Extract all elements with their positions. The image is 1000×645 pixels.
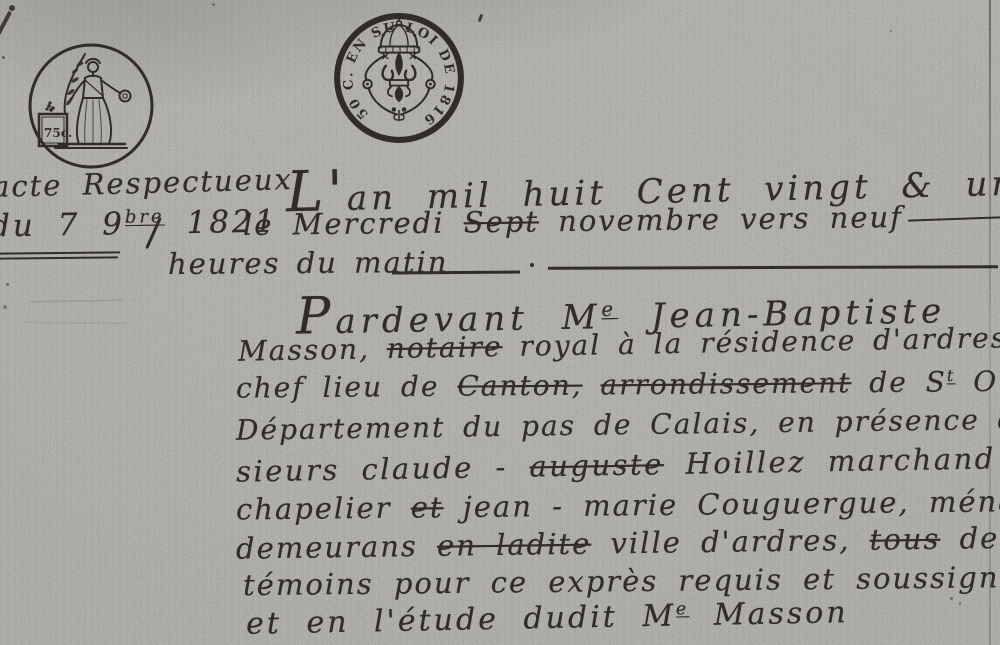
text-segment: demeurans — [236, 529, 437, 566]
text-segment — [582, 368, 600, 401]
pen-stroke-mark — [0, 11, 12, 37]
text-segment: e — [601, 298, 618, 321]
manuscript-line: sieurs claude - auguste Hoillez marchand — [236, 441, 996, 488]
text-segment: e — [676, 599, 690, 619]
text-segment: en ladite — [437, 527, 592, 563]
text-segment: Canton, — [457, 369, 582, 403]
text-segment: deux — [940, 520, 1000, 555]
text-segment: et en l'étude dudit M — [246, 599, 677, 642]
text-segment: de S — [851, 365, 947, 399]
text-segment: chef lieu de — [236, 370, 458, 405]
ink-speck — [3, 305, 7, 309]
text-segment: heures du matin — [168, 245, 449, 281]
filler-rule-long — [548, 265, 998, 269]
text-segment: novembre vers neuf — [539, 200, 903, 238]
document-page: 75c. — [0, 0, 1000, 645]
ink-speck — [950, 597, 953, 600]
faint-margin-line — [24, 322, 128, 325]
line-end-rule — [908, 216, 1000, 221]
royal-crown-stamp-icon: 50 C. EN SUS LOI DE 1816. — [330, 9, 468, 147]
stamp-denomination-label: 75c. — [44, 126, 72, 140]
manuscript-line: Département du pas de Calais, en présenc… — [236, 402, 1000, 446]
ink-speck — [9, 5, 15, 11]
faint-margin-line — [30, 299, 122, 303]
text-segment: acte Respectueux — [0, 162, 293, 204]
stamp-allegorical-figure — [70, 59, 131, 144]
text-segment: auguste — [529, 447, 664, 483]
text-segment: du 7 9 — [0, 206, 125, 244]
text-segment: et — [411, 490, 444, 524]
text-segment: Sept — [464, 204, 540, 239]
text-segment: arrondissement — [600, 366, 851, 401]
text-segment: Omer — [955, 364, 1000, 398]
text-segment: Masson, — [238, 332, 387, 368]
text-segment: notaire — [387, 330, 503, 365]
text-segment: le Mercredi — [243, 205, 464, 242]
manuscript-line: et en l'étude dudit Me Masson — [246, 595, 849, 642]
ink-speck — [2, 56, 5, 59]
text-segment: Masson — [689, 595, 849, 633]
ink-speck — [212, 3, 215, 6]
text-segment: tous — [869, 522, 940, 557]
manuscript-line: demeurans en ladite ville d'ardres, tous… — [236, 520, 1000, 565]
manuscript-line: témoins pour ce exprès requis et soussig… — [243, 560, 1000, 602]
margin-note-line: acte Respectueux — [0, 162, 293, 204]
ink-speck — [890, 30, 892, 32]
text-segment: Hoillez marchand — [664, 441, 997, 481]
stamp-grapes — [45, 101, 54, 111]
text-segment: bre — [125, 206, 165, 228]
text-segment: ville d'ardres, — [591, 523, 870, 561]
manuscript-line: chapelier et jean - marie Couguergue, mé… — [236, 484, 1000, 527]
margin-note-line: du 7 9bre 1821 — [0, 203, 278, 244]
text-segment: chapelier — [236, 491, 411, 527]
text-segment: Département du pas de Calais, en présenc… — [236, 402, 1000, 446]
text-segment: sieurs claude - — [236, 450, 530, 489]
margin-double-rule-bottom — [0, 256, 118, 259]
manuscript-line: heures du matin — [168, 245, 449, 281]
ink-speck — [6, 283, 9, 286]
revenue-stamp-75c-icon: 75c. — [25, 40, 157, 172]
ink-speck — [959, 602, 961, 605]
text-segment: jean - marie Couguergue, ménager — [443, 484, 1000, 525]
manuscript-line: chef lieu de Canton, arrondissement de S… — [236, 364, 1000, 404]
text-segment: témoins pour ce exprès requis et soussig… — [243, 560, 1000, 602]
manuscript-line: le Mercredi Sept novembre vers neuf — [243, 200, 903, 242]
filler-rule-dot — [530, 263, 534, 267]
ink-speck — [478, 14, 484, 23]
margin-double-rule-top — [0, 251, 120, 255]
